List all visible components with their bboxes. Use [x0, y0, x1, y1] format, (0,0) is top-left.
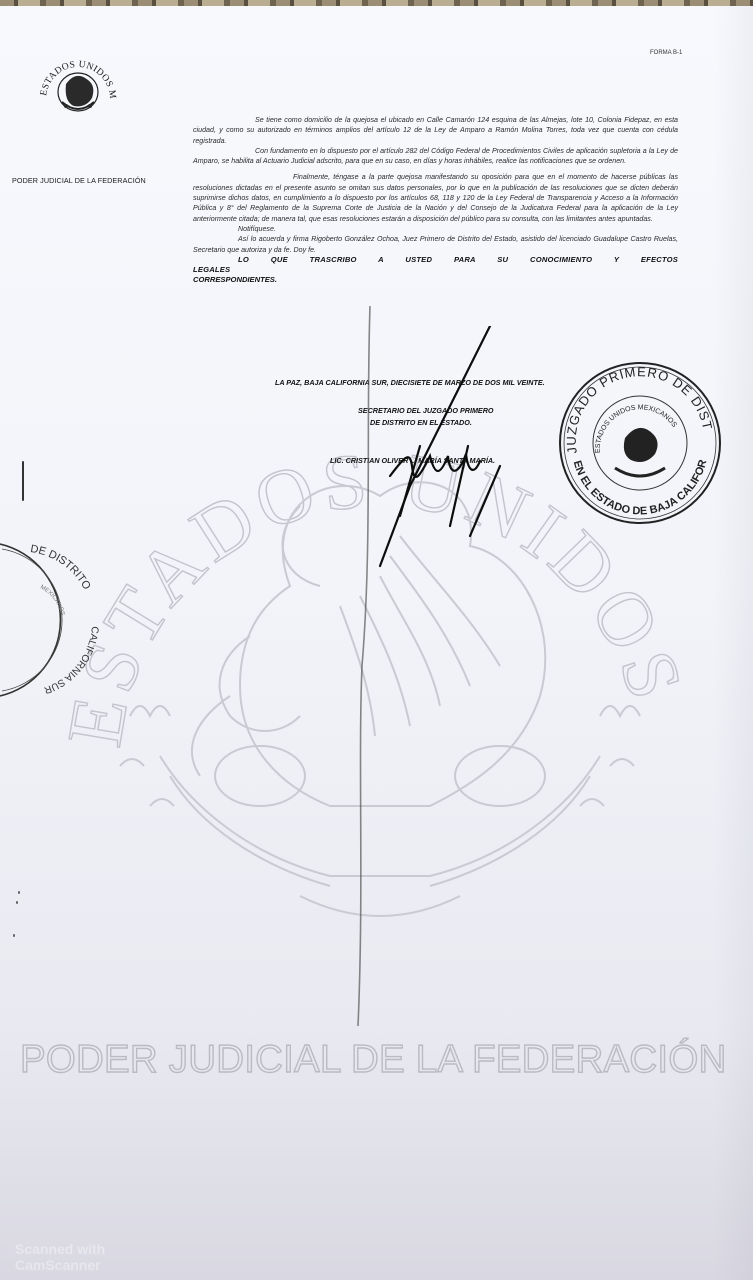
resolution-body: Se tiene como domicilio de la quejosa el…: [193, 115, 678, 286]
form-code: FORMA B-1: [650, 50, 682, 56]
partial-stamp-inner-text: MEXICANOS: [39, 584, 65, 616]
handwritten-signature-icon: [350, 326, 510, 586]
watermark-footer-text: PODER JUDICIAL DE LA FEDERACIÓN: [20, 1038, 720, 1082]
svg-text:CALIFORNIA SUR: CALIFORNIA SUR: [42, 626, 100, 696]
paragraph-habilitacion: Con fundamento en lo dispuesto por el ar…: [193, 146, 678, 167]
partial-stamp-icon: DE DISTRITO CALIFORNIA SUR MEXICANOS: [0, 538, 105, 703]
overlay-line-1: Scanned with: [15, 1241, 105, 1257]
svg-text:MEXICANOS: MEXICANOS: [39, 584, 65, 616]
scanner-app-overlay: Scanned with CamScanner: [15, 1241, 105, 1273]
partial-stamp-bottom-text: CALIFORNIA SUR: [42, 626, 100, 696]
margin-pen-mark: [22, 461, 24, 501]
closing-statement-end: CORRESPONDIENTES.: [193, 275, 678, 285]
paragraph-notifiquese: Notifíquese.: [193, 224, 678, 234]
closing-statement: LO QUE TRASCRIBO A USTED PARA SU CONOCIM…: [193, 255, 678, 276]
court-stamp-icon: JUZGADO PRIMERO DE DISTRITO EN EL ESTADO…: [555, 358, 725, 528]
paragraph-domicilio: Se tiene como domicilio de la quejosa el…: [193, 115, 678, 146]
institution-header: PODER JUDICIAL DE LA FEDERACIÓN: [12, 176, 152, 185]
paper-speck: [18, 891, 20, 894]
document-page: ESTADOS UNIDOS MEXICANOS: [0, 6, 753, 1280]
overlay-line-2: CamScanner: [15, 1257, 105, 1273]
paragraph-datos-personales: Finalmente, téngase a la parte quejosa m…: [193, 172, 678, 223]
coat-of-arms-icon: ESTADOS UNIDOS MEXICANOS: [36, 44, 120, 128]
paragraph-firma: Así lo acuerda y firma Rigoberto Gonzále…: [193, 234, 678, 255]
paper-speck: [16, 901, 18, 904]
paper-speck: [13, 934, 15, 937]
